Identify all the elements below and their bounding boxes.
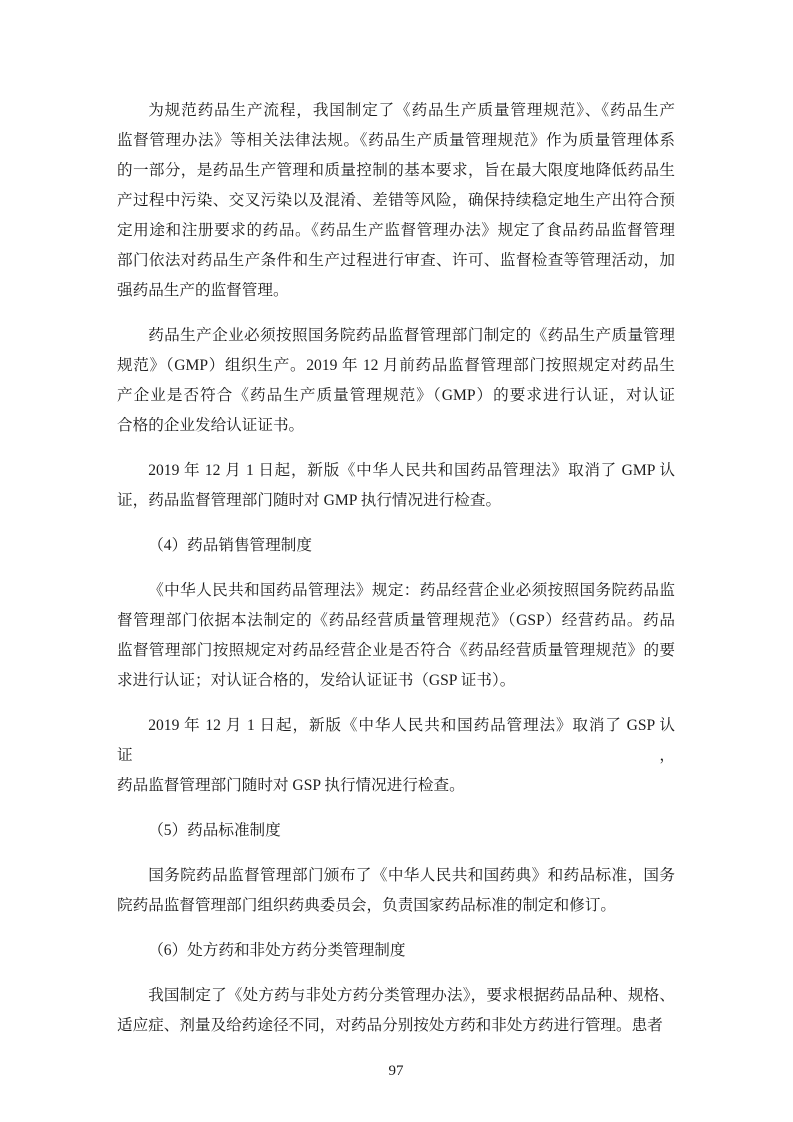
text-line: 2019 年 12 月 1 日起，新版《中华人民共和国药品管理法》取消了 GSP… [117, 711, 675, 771]
paragraph: 药品生产企业必须按照国务院药品监督管理部门制定的《药品生产质量管理规范》（GMP… [117, 321, 675, 441]
document-body: 为规范药品生产流程，我国制定了《药品生产质量管理规范》、《药品生产监督管理办法》… [117, 96, 675, 1041]
section-heading: （4）药品销售管理制度 [117, 531, 675, 561]
text-line: 国务院药品监督管理部门颁布了《中华人民共和国药典》和药品标准，国务 [117, 861, 675, 891]
paragraph: 为规范药品生产流程，我国制定了《药品生产质量管理规范》、《药品生产监督管理办法》… [117, 96, 675, 306]
text-line: 强药品生产的监督管理。 [117, 276, 675, 306]
text-line: 2019 年 12 月 1 日起，新版《中华人民共和国药品管理法》取消了 GMP… [117, 456, 675, 486]
text-line: 求进行认证；对认证合格的，发给认证证书（GSP 证书）。 [117, 666, 675, 696]
text-line: （4）药品销售管理制度 [117, 531, 675, 561]
text-line: 适应症、剂量及给药途径不同，对药品分别按处方药和非处方药进行管理。患者 [117, 1011, 675, 1041]
text-line: 的一部分，是药品生产管理和质量控制的基本要求，旨在最大限度地降低药品生 [117, 156, 675, 186]
section-heading: （6）处方药和非处方药分类管理制度 [117, 936, 675, 966]
text-line: 为规范药品生产流程，我国制定了《药品生产质量管理规范》、《药品生产 [117, 96, 675, 126]
text-line: 监督管理部门按照规定对药品经营企业是否符合《药品经营质量管理规范》的要 [117, 636, 675, 666]
text-line: 我国制定了《处方药与非处方药分类管理办法》，要求根据药品品种、规格、 [117, 981, 675, 1011]
text-line: 院药品监督管理部门组织药典委员会，负责国家药品标准的制定和修订。 [117, 891, 675, 921]
paragraph: 国务院药品监督管理部门颁布了《中华人民共和国药典》和药品标准，国务院药品监督管理… [117, 861, 675, 921]
text-line: 定用途和注册要求的药品。《药品生产监督管理办法》规定了食品药品监督管理 [117, 216, 675, 246]
paragraph: 2019 年 12 月 1 日起，新版《中华人民共和国药品管理法》取消了 GSP… [117, 711, 675, 801]
text-line: 药品生产企业必须按照国务院药品监督管理部门制定的《药品生产质量管理 [117, 321, 675, 351]
text-line: 产过程中污染、交叉污染以及混淆、差错等风险，确保持续稳定地生产出符合预 [117, 186, 675, 216]
text-line: 《中华人民共和国药品管理法》规定：药品经营企业必须按照国务院药品监 [117, 576, 675, 606]
text-line: （5）药品标准制度 [117, 816, 675, 846]
text-line: 规范》（GMP）组织生产。2019 年 12 月前药品监督管理部门按照规定对药品… [117, 351, 675, 381]
text-line: 部门依法对药品生产条件和生产过程进行审查、许可、监督检查等管理活动，加 [117, 246, 675, 276]
text-line: 合格的企业发给认证证书。 [117, 411, 675, 441]
text-line: 药品监督管理部门随时对 GSP 执行情况进行检查。 [117, 771, 675, 801]
page-footer: 97 [117, 1056, 675, 1086]
text-line: （6）处方药和非处方药分类管理制度 [117, 936, 675, 966]
page-number: 97 [389, 1056, 404, 1086]
text-line: 监督管理办法》等相关法律法规。《药品生产质量管理规范》作为质量管理体系 [117, 126, 675, 156]
paragraph: 《中华人民共和国药品管理法》规定：药品经营企业必须按照国务院药品监督管理部门依据… [117, 576, 675, 696]
paragraph: 2019 年 12 月 1 日起，新版《中华人民共和国药品管理法》取消了 GMP… [117, 456, 675, 516]
text-line: 证，药品监督管理部门随时对 GMP 执行情况进行检查。 [117, 486, 675, 516]
section-heading: （5）药品标准制度 [117, 816, 675, 846]
text-line: 产企业是否符合《药品生产质量管理规范》（GMP）的要求进行认证，对认证 [117, 381, 675, 411]
paragraph: 我国制定了《处方药与非处方药分类管理办法》，要求根据药品品种、规格、适应症、剂量… [117, 981, 675, 1041]
document-page: 为规范药品生产流程，我国制定了《药品生产质量管理规范》、《药品生产监督管理办法》… [0, 0, 793, 1122]
text-line: 督管理部门依据本法制定的《药品经营质量管理规范》（GSP）经营药品。药品 [117, 606, 675, 636]
